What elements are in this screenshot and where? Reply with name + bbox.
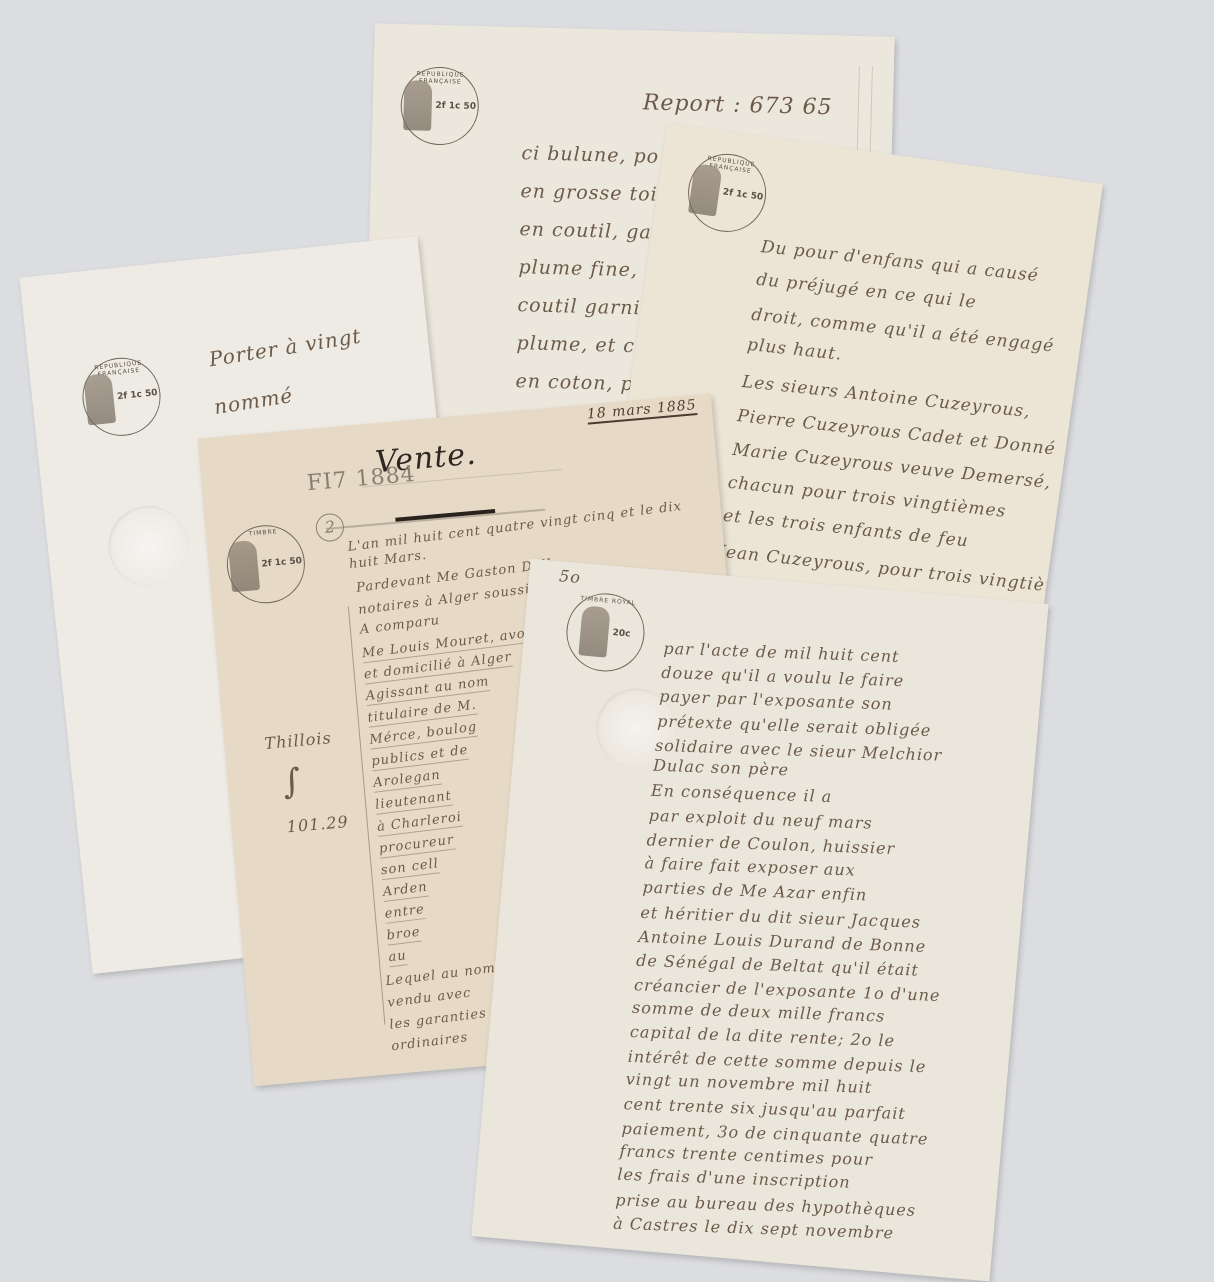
handwritten-lines: Porter à vingtnomméLiquidateurJuge Com xyxy=(20,236,418,278)
margin-number: 101.29 xyxy=(286,812,349,836)
handwritten-line: francs trente centimes pour xyxy=(619,1141,873,1169)
handwritten-line: et héritier du dit sieur Jacques xyxy=(640,903,921,932)
stamp-republique-francaise-icon: REPUBLIQUE FRANÇAISE 2f 1c 50 xyxy=(400,66,480,146)
handwritten-line: entre xyxy=(384,902,426,924)
stamp-timbre-icon: TIMBRE 2f 1c 50 xyxy=(224,522,309,607)
handwritten-line: L'an mil huit cent quatre vingt cinq et … xyxy=(347,499,683,555)
document-sheet-front: 5o TIMBRE ROYAL 20c par l'acte de mil hu… xyxy=(471,559,1048,1282)
handwritten-line: capital de la dite rente; 2o le xyxy=(630,1022,896,1050)
report-note: Report : 673 65 xyxy=(643,90,833,120)
handwritten-line: prétexte qu'elle serait obligée xyxy=(657,711,932,740)
handwritten-line: vingt un novembre mil huit xyxy=(625,1069,872,1097)
handwritten-line: payer par l'exposante son xyxy=(659,686,893,713)
handwritten-line: ordinaires xyxy=(391,1030,470,1054)
handwritten-line: plume, et co xyxy=(516,332,647,357)
handwritten-line: par exploit du neuf mars xyxy=(649,806,873,833)
handwritten-line: En conséquence il a xyxy=(651,781,833,806)
handwritten-line: douze qu'il a voulu le faire xyxy=(661,663,904,690)
handwritten-line: coutil garni xyxy=(517,294,641,319)
handwritten-line: plus haut. xyxy=(746,335,843,365)
handwritten-line: broe xyxy=(386,925,422,946)
handwritten-line: nommé xyxy=(212,383,294,419)
handwritten-line: A comparu xyxy=(359,613,441,638)
handwritten-line: procureur xyxy=(378,833,455,859)
stamp-republique-francaise-icon: REPUBLIQUE FRANÇAISE 2f 1c 50 xyxy=(683,149,771,237)
handwritten-line: Arolegan xyxy=(372,768,441,793)
handwritten-line: en grosse toile xyxy=(520,180,677,206)
pencil-note: FI7 1884 xyxy=(306,462,417,496)
handwritten-line: ci bulune, po xyxy=(521,142,659,168)
margin-name: Thillois xyxy=(264,728,333,753)
stamp-timbre-royal-icon: TIMBRE ROYAL 20c xyxy=(563,590,648,675)
handwritten-lines: ci bulune, poen grosse toileen coutil, g… xyxy=(375,23,895,37)
handwritten-line: plume fine, xyxy=(518,256,638,281)
handwritten-line: somme de deux mille francs xyxy=(632,998,886,1026)
handwritten-line: son cell xyxy=(380,856,440,880)
handwritten-line: vendu avec xyxy=(387,986,473,1011)
handwritten-line: les frais d'une inscription xyxy=(617,1165,851,1192)
corner-mark: 5o xyxy=(558,566,581,587)
handwritten-line: par l'acte de mil huit cent xyxy=(663,639,900,666)
handwritten-line: les garanties xyxy=(389,1006,488,1033)
circled-number: 2 xyxy=(315,512,345,542)
handwritten-line: en coutil, gar xyxy=(519,218,662,244)
handwritten-line: Arden xyxy=(382,880,429,902)
handwritten-line: Porter à vingt xyxy=(207,324,363,372)
handwritten-line: au xyxy=(388,948,408,967)
handwritten-line: parties de Me Azar enfin xyxy=(642,878,867,905)
margin-signature: ∫ xyxy=(281,761,303,802)
handwritten-line: lieutenant xyxy=(374,789,453,815)
stamp-republique-francaise-icon: REPUBLIQUE FRANÇAISE 2f 1c 50 xyxy=(79,354,165,440)
handwritten-line: à Castres le dix sept novembre xyxy=(613,1214,895,1243)
handwritten-line: à faire fait exposer aux xyxy=(644,853,856,879)
handwritten-line: de Sénégal de Beltat qu'il était xyxy=(636,951,919,980)
handwritten-line: Dulac son père xyxy=(653,756,789,780)
handwritten-line: cent trente six jusqu'au parfait xyxy=(623,1094,906,1123)
handwritten-line: en coton, po xyxy=(515,370,646,395)
